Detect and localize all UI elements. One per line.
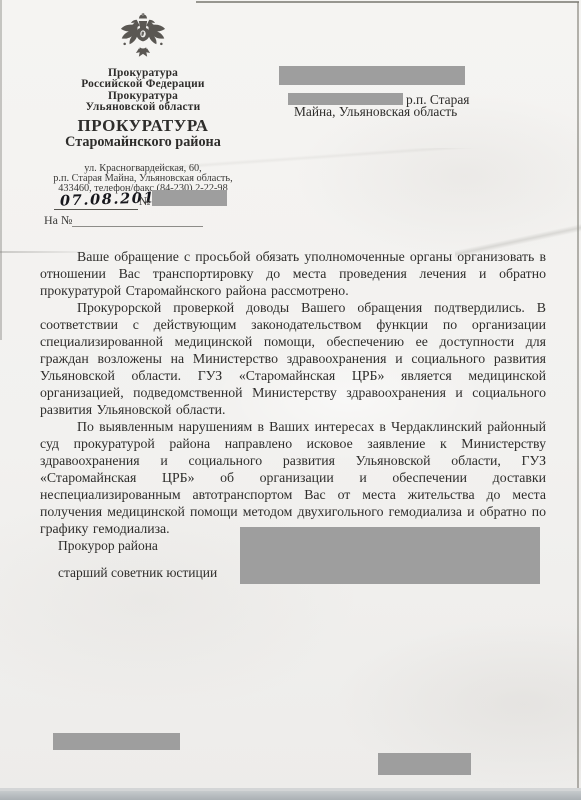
scan-band-bottom: [0, 791, 581, 800]
redacted-footer-left: [53, 733, 180, 750]
scan-edge-left: [0, 0, 2, 340]
body-paragraph: По выявленным нарушениям в Ваших интерес…: [40, 418, 546, 537]
redacted-document-number: [152, 190, 227, 206]
number-sign-label: №: [139, 194, 150, 209]
handwritten-date: 07.08.2014: [60, 189, 151, 209]
date-underline: [54, 209, 138, 210]
org-line: Ульяновской области: [33, 102, 253, 113]
scan-edge-right: [577, 2, 579, 788]
body-paragraph: Ваше обращение с просьбой обязать уполно…: [40, 248, 546, 299]
body-paragraph: Прокурорской проверкой доводы Вашего обр…: [40, 299, 546, 418]
scan-edge-top: [196, 1, 579, 3]
redacted-footer-right: [378, 753, 471, 775]
russian-coat-of-arms-icon: [118, 12, 168, 62]
org-name-district: Старомайнского района: [33, 135, 253, 150]
redacted-addressee-name: [279, 66, 465, 85]
signer-title-line1: Прокурор района: [58, 538, 158, 554]
reply-to-underline: [72, 226, 203, 227]
signer-title-line2: старший советник юстиции: [58, 565, 217, 581]
scanned-letter-page: Прокуратура Российской Федерации Прокура…: [0, 0, 581, 800]
reply-to-label: На №: [44, 213, 72, 228]
letter-body: Ваше обращение с просьбой обязать уполно…: [40, 248, 546, 537]
org-name-main: ПРОКУРАТУРА: [33, 117, 253, 135]
redacted-signature: [240, 527, 540, 584]
addressee-region-line: Майна, Ульяновская область: [294, 104, 457, 120]
letterhead: Прокуратура Российской Федерации Прокура…: [33, 68, 253, 194]
